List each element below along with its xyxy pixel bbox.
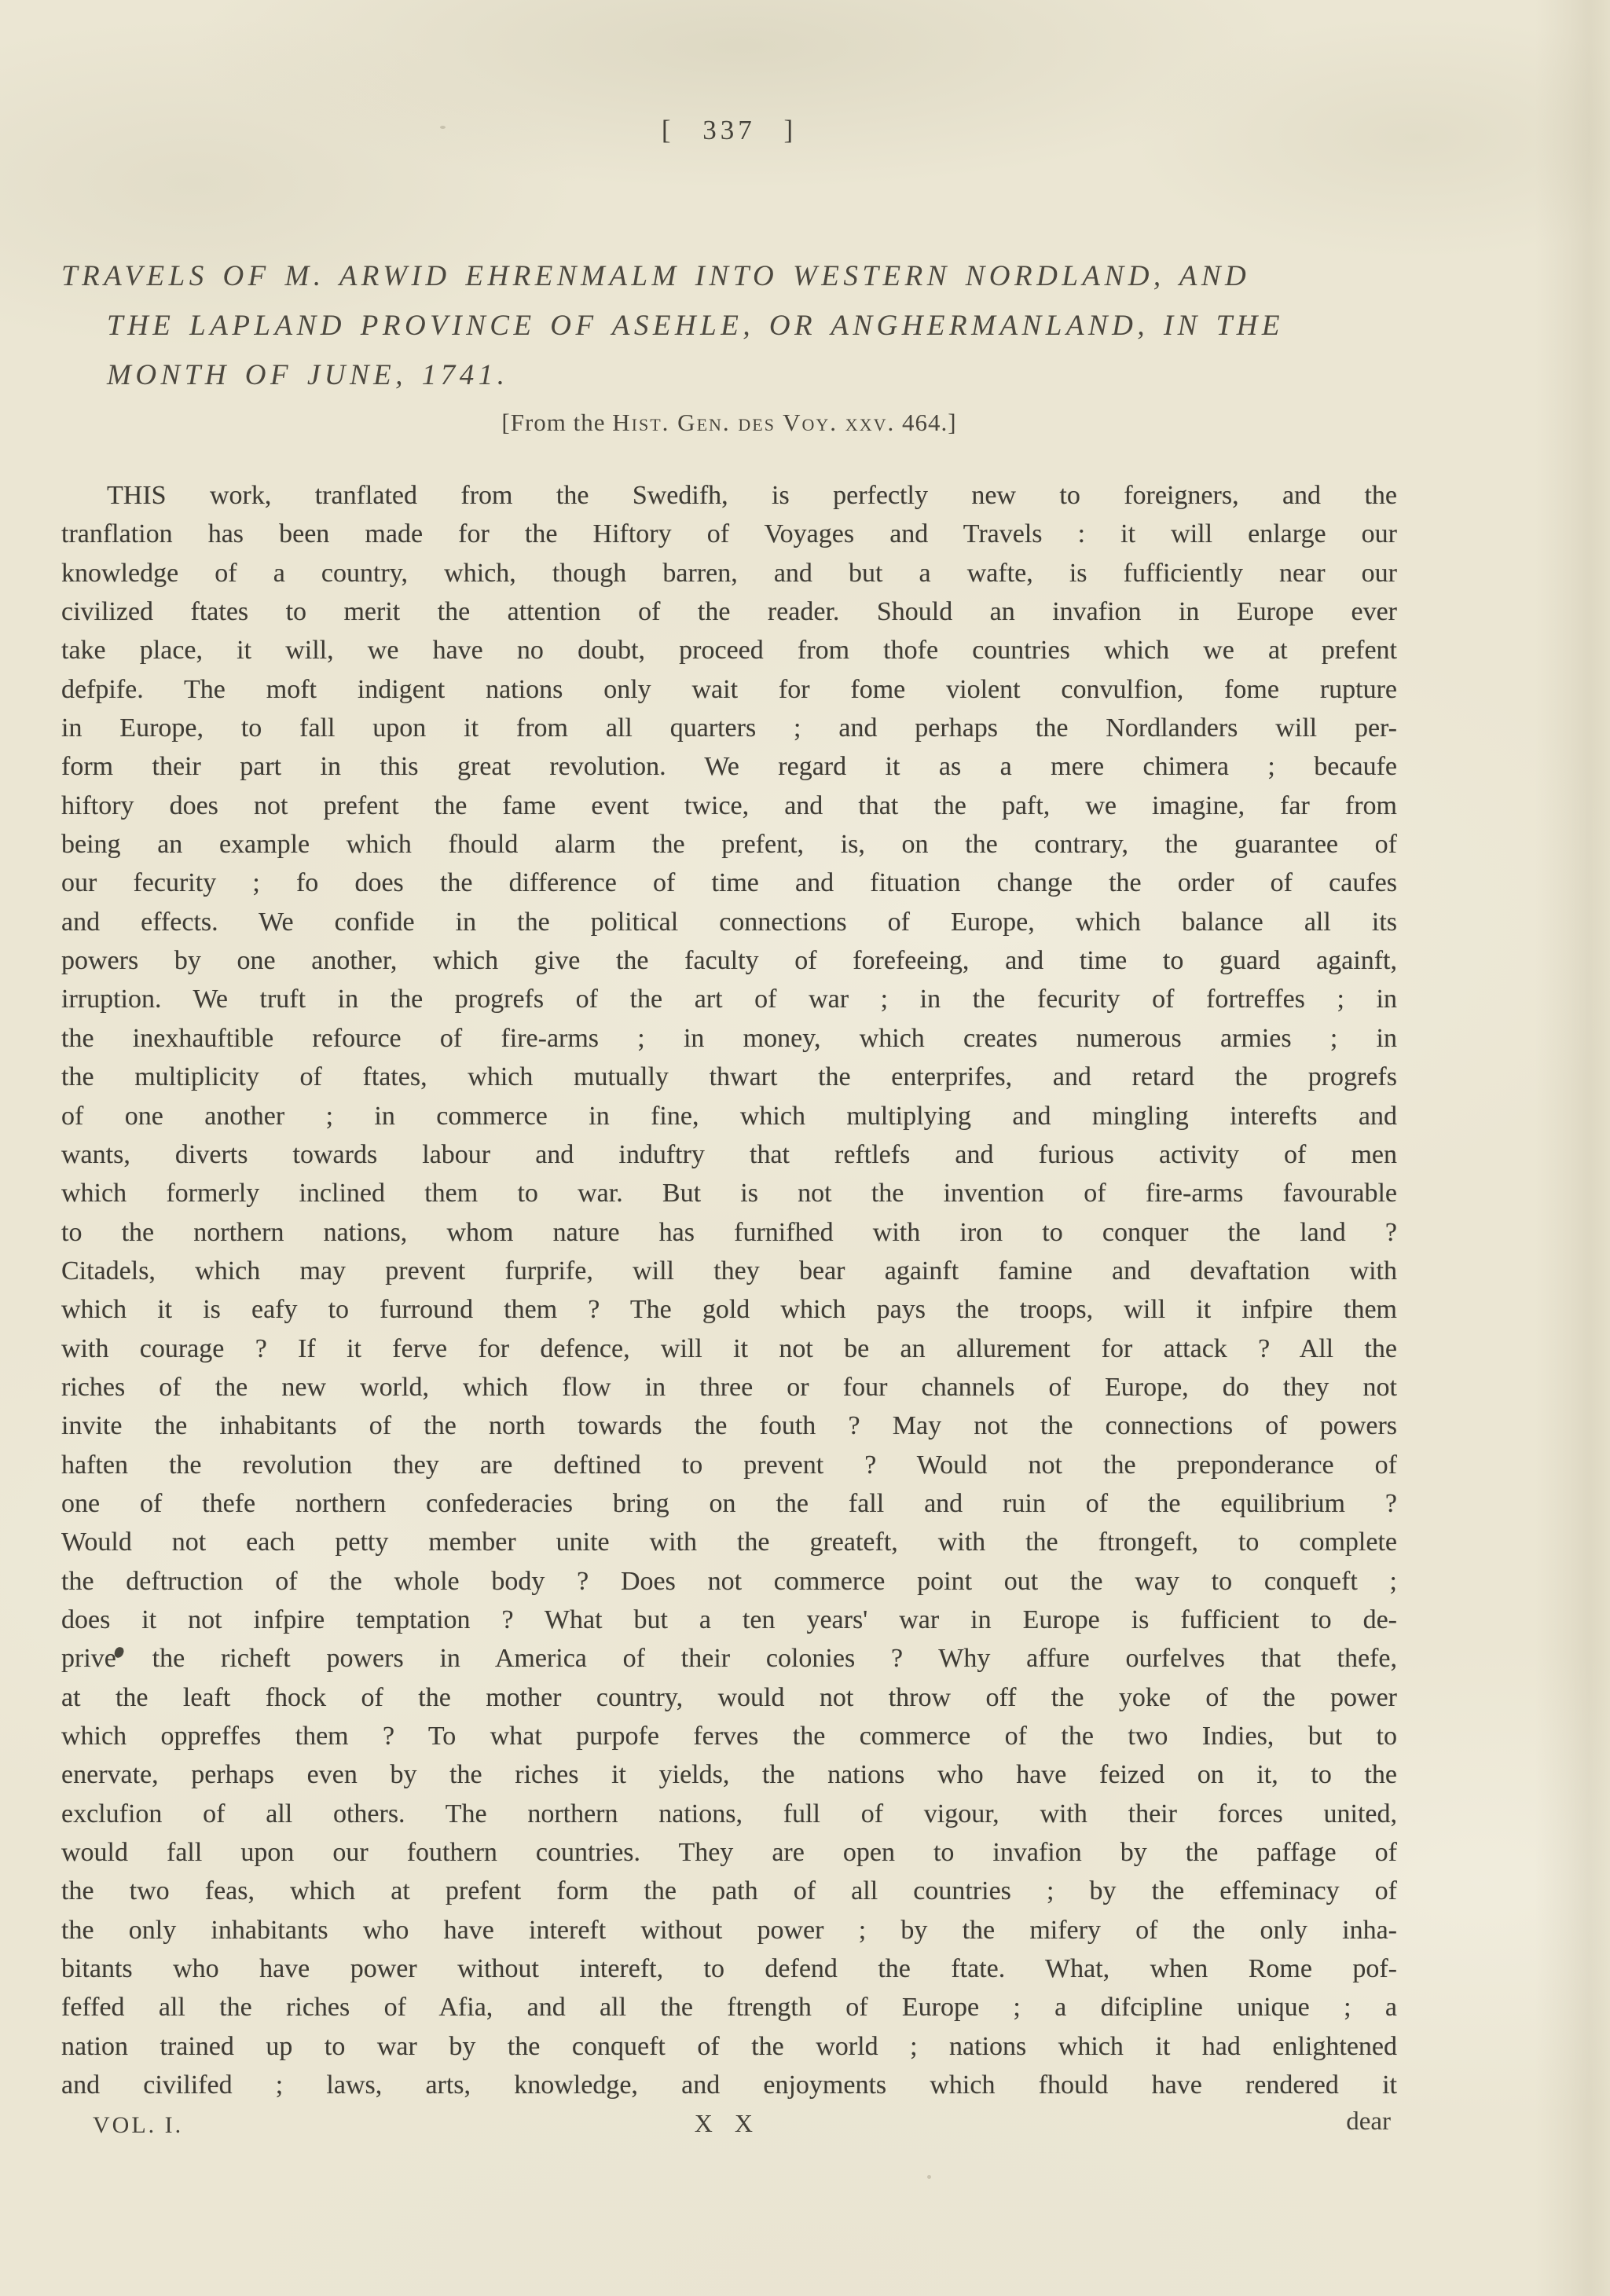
body-line: one of thefe northern confederacies brin… (61, 1484, 1397, 1523)
body-line: defpife. The moft indigent nations only … (61, 670, 1397, 709)
body-line: would fall upon our fouthern countries. … (61, 1833, 1397, 1872)
page-edge-shadow (1535, 0, 1610, 2296)
scanned-book-page: [ 337 ] TRAVELS OF M. ARWID EHRENMALM IN… (0, 0, 1610, 2296)
article-title: TRAVELS OF M. ARWID EHRENMALM INTO WESTE… (61, 251, 1397, 400)
article-title-line-1: TRAVELS OF M. ARWID EHRENMALM INTO WESTE… (61, 251, 1397, 301)
body-line: Would not each petty member unite with t… (61, 1523, 1397, 1561)
body-line: which formerly inclined them to war. But… (61, 1174, 1397, 1212)
body-line: civilized ftates to merit the attention … (61, 592, 1397, 631)
source-citation: [From the Hist. Gen. des Voy. xxv. 464.] (61, 409, 1397, 437)
body-line: the multiplicity of ftates, which mutual… (61, 1058, 1397, 1096)
page-number: [ 337 ] (61, 115, 1397, 146)
footer-signature-mark: X X (695, 2109, 754, 2138)
citation-suffix: 464.] (895, 409, 956, 436)
body-line: in Europe, to fall upon it from all quar… (61, 709, 1397, 747)
article-title-line-3: MONTH OF JUNE, 1741. (61, 350, 1397, 400)
body-line: which oppreffes them ? To what purpofe f… (61, 1717, 1397, 1755)
article-title-line-2: THE LAPLAND PROVINCE OF ASEHLE, OR ANGHE… (61, 301, 1397, 350)
body-line: with courage ? If it ferve for defence, … (61, 1330, 1397, 1368)
body-line: riches of the new world, which flow in t… (61, 1368, 1397, 1407)
body-line: to the northern nations, whom nature has… (61, 1213, 1397, 1252)
body-line: exclufion of all others. The northern na… (61, 1795, 1397, 1833)
body-line: does it not infpire temptation ? What bu… (61, 1601, 1397, 1639)
body-line: the two feas, which at prefent form the … (61, 1872, 1397, 1910)
body-line: feffed all the riches of Afia, and all t… (61, 1988, 1397, 2026)
body-line: the inexhauftible refource of fire-arms … (61, 1019, 1397, 1058)
body-line: being an example which fhould alarm the … (61, 825, 1397, 864)
body-line: powers by one another, which give the fa… (61, 941, 1397, 980)
body-line: invite the inhabitants of the north towa… (61, 1407, 1397, 1445)
body-line: nation trained up to war by the conqueft… (61, 2027, 1397, 2066)
body-line: hiftory does not prefent the fame event … (61, 787, 1397, 825)
paper-speck (927, 2175, 931, 2179)
body-line: tranflation has been made for the Hiftor… (61, 515, 1397, 553)
body-line: and civilifed ; laws, arts, knowledge, a… (61, 2066, 1397, 2104)
body-line: enervate, perhaps even by the riches it … (61, 1755, 1397, 1794)
body-line: our fecurity ; fo does the difference of… (61, 864, 1397, 902)
citation-prefix: [From the (501, 409, 612, 436)
body-line: which it is eafy to furround them ? The … (61, 1290, 1397, 1329)
body-line: bitants who have power without intereft,… (61, 1949, 1397, 1988)
page-footer: VOL. I. X X dear (61, 2107, 1397, 2148)
body-line: of one another ; in commerce in fine, wh… (61, 1097, 1397, 1135)
body-line: knowledge of a country, which, though ba… (61, 554, 1397, 592)
body-line: take place, it will, we have no doubt, p… (61, 631, 1397, 669)
body-line: form their part in this great revolution… (61, 747, 1397, 786)
footer-catchword: dear (1346, 2107, 1391, 2136)
paper-speck (440, 126, 446, 129)
body-line: the deftruction of the whole body ? Does… (61, 1562, 1397, 1601)
body-line: irruption. We truft in the progrefs of t… (61, 980, 1397, 1018)
citation-source: Hist. Gen. des Voy. xxv. (612, 409, 895, 436)
body-line: and effects. We confide in the political… (61, 903, 1397, 941)
body-line: prive the richeft powers in America of t… (61, 1639, 1397, 1678)
body-line: THIS work, tranflated from the Swedifh, … (61, 476, 1397, 515)
body-line: Citadels, which may prevent furprife, wi… (61, 1252, 1397, 1290)
body-paragraph: THIS work, tranflated from the Swedifh, … (61, 476, 1397, 2104)
body-line: at the leaft fhock of the mother country… (61, 1678, 1397, 1717)
body-line: the only inhabitants who have intereft w… (61, 1911, 1397, 1949)
body-line: haften the revolution they are deftined … (61, 1446, 1397, 1484)
footer-volume: VOL. I. (93, 2112, 183, 2139)
body-line: wants, diverts towards labour and induft… (61, 1135, 1397, 1174)
